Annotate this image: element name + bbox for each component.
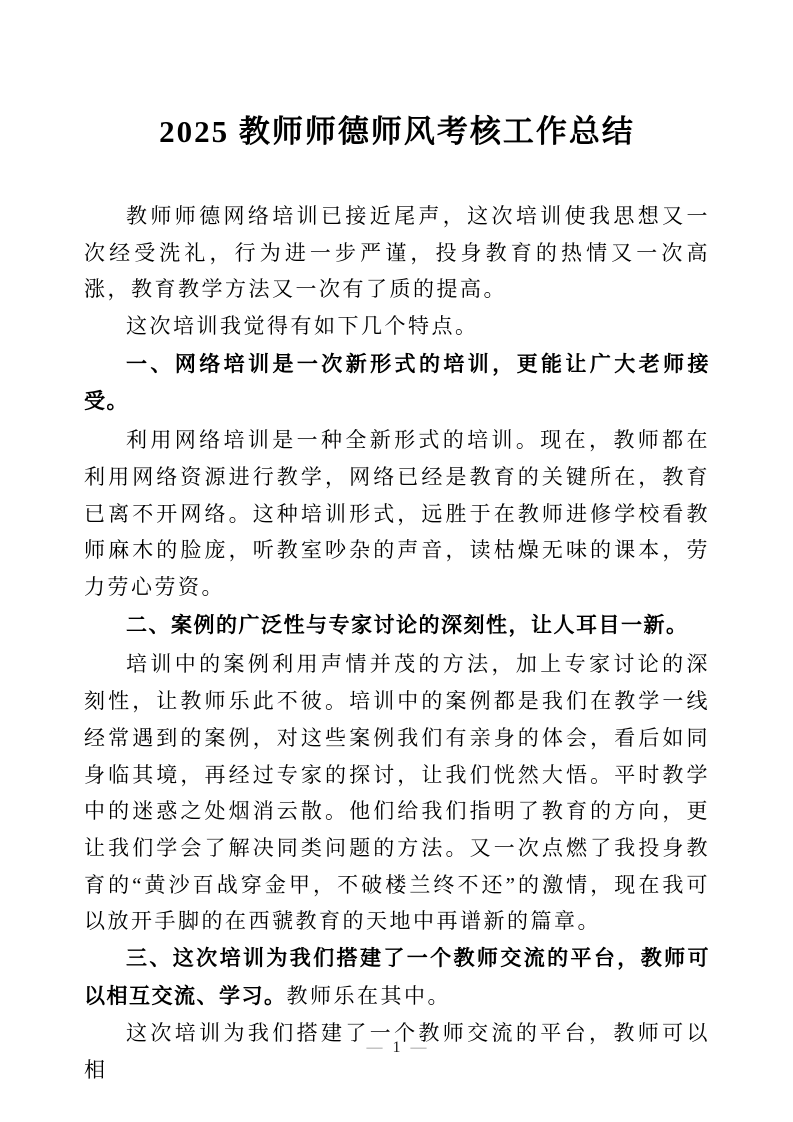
footer-right-dash: — bbox=[401, 1039, 437, 1056]
document-page: 2025 教师师德师风考核工作总结 教师师德网络培训已接近尾声，这次培训使我思想… bbox=[0, 0, 793, 1122]
section-heading-3: 三、这次培训为我们搭建了一个教师交流的平台，教师可以相互交流、学习。教师乐在其中… bbox=[84, 940, 710, 1015]
section-heading-2: 二、案例的广泛性与专家讨论的深刻性，让人耳目一新。 bbox=[84, 608, 710, 645]
document-content: 2025 教师师德师风考核工作总结 教师师德网络培训已接近尾声，这次培训使我思想… bbox=[84, 104, 710, 1089]
footer-left-dash: — bbox=[357, 1039, 393, 1056]
paragraph-intro: 教师师德网络培训已接近尾声，这次培训使我思想又一次经受洗礼，行为进一步严谨，投身… bbox=[84, 198, 710, 308]
paragraph-lead-in: 这次培训我觉得有如下几个特点。 bbox=[84, 308, 710, 345]
page-footer: —1— bbox=[0, 1038, 793, 1058]
footer-page-number: 1 bbox=[393, 1039, 401, 1056]
paragraph-section-1: 利用网络培训是一种全新形式的培训。现在，教师都在利用网络资源进行教学，网络已经是… bbox=[84, 422, 710, 606]
section-heading-3-regular-text: 教师乐在其中。 bbox=[287, 984, 452, 1008]
paragraph-section-2: 培训中的案例利用声情并茂的方法，加上专家讨论的深刻性，让教师乐此不彼。培训中的案… bbox=[84, 646, 710, 940]
section-heading-1: 一、网络培训是一次新形式的培训，更能让广大老师接受。 bbox=[84, 347, 710, 420]
document-title: 2025 教师师德师风考核工作总结 bbox=[84, 104, 710, 160]
